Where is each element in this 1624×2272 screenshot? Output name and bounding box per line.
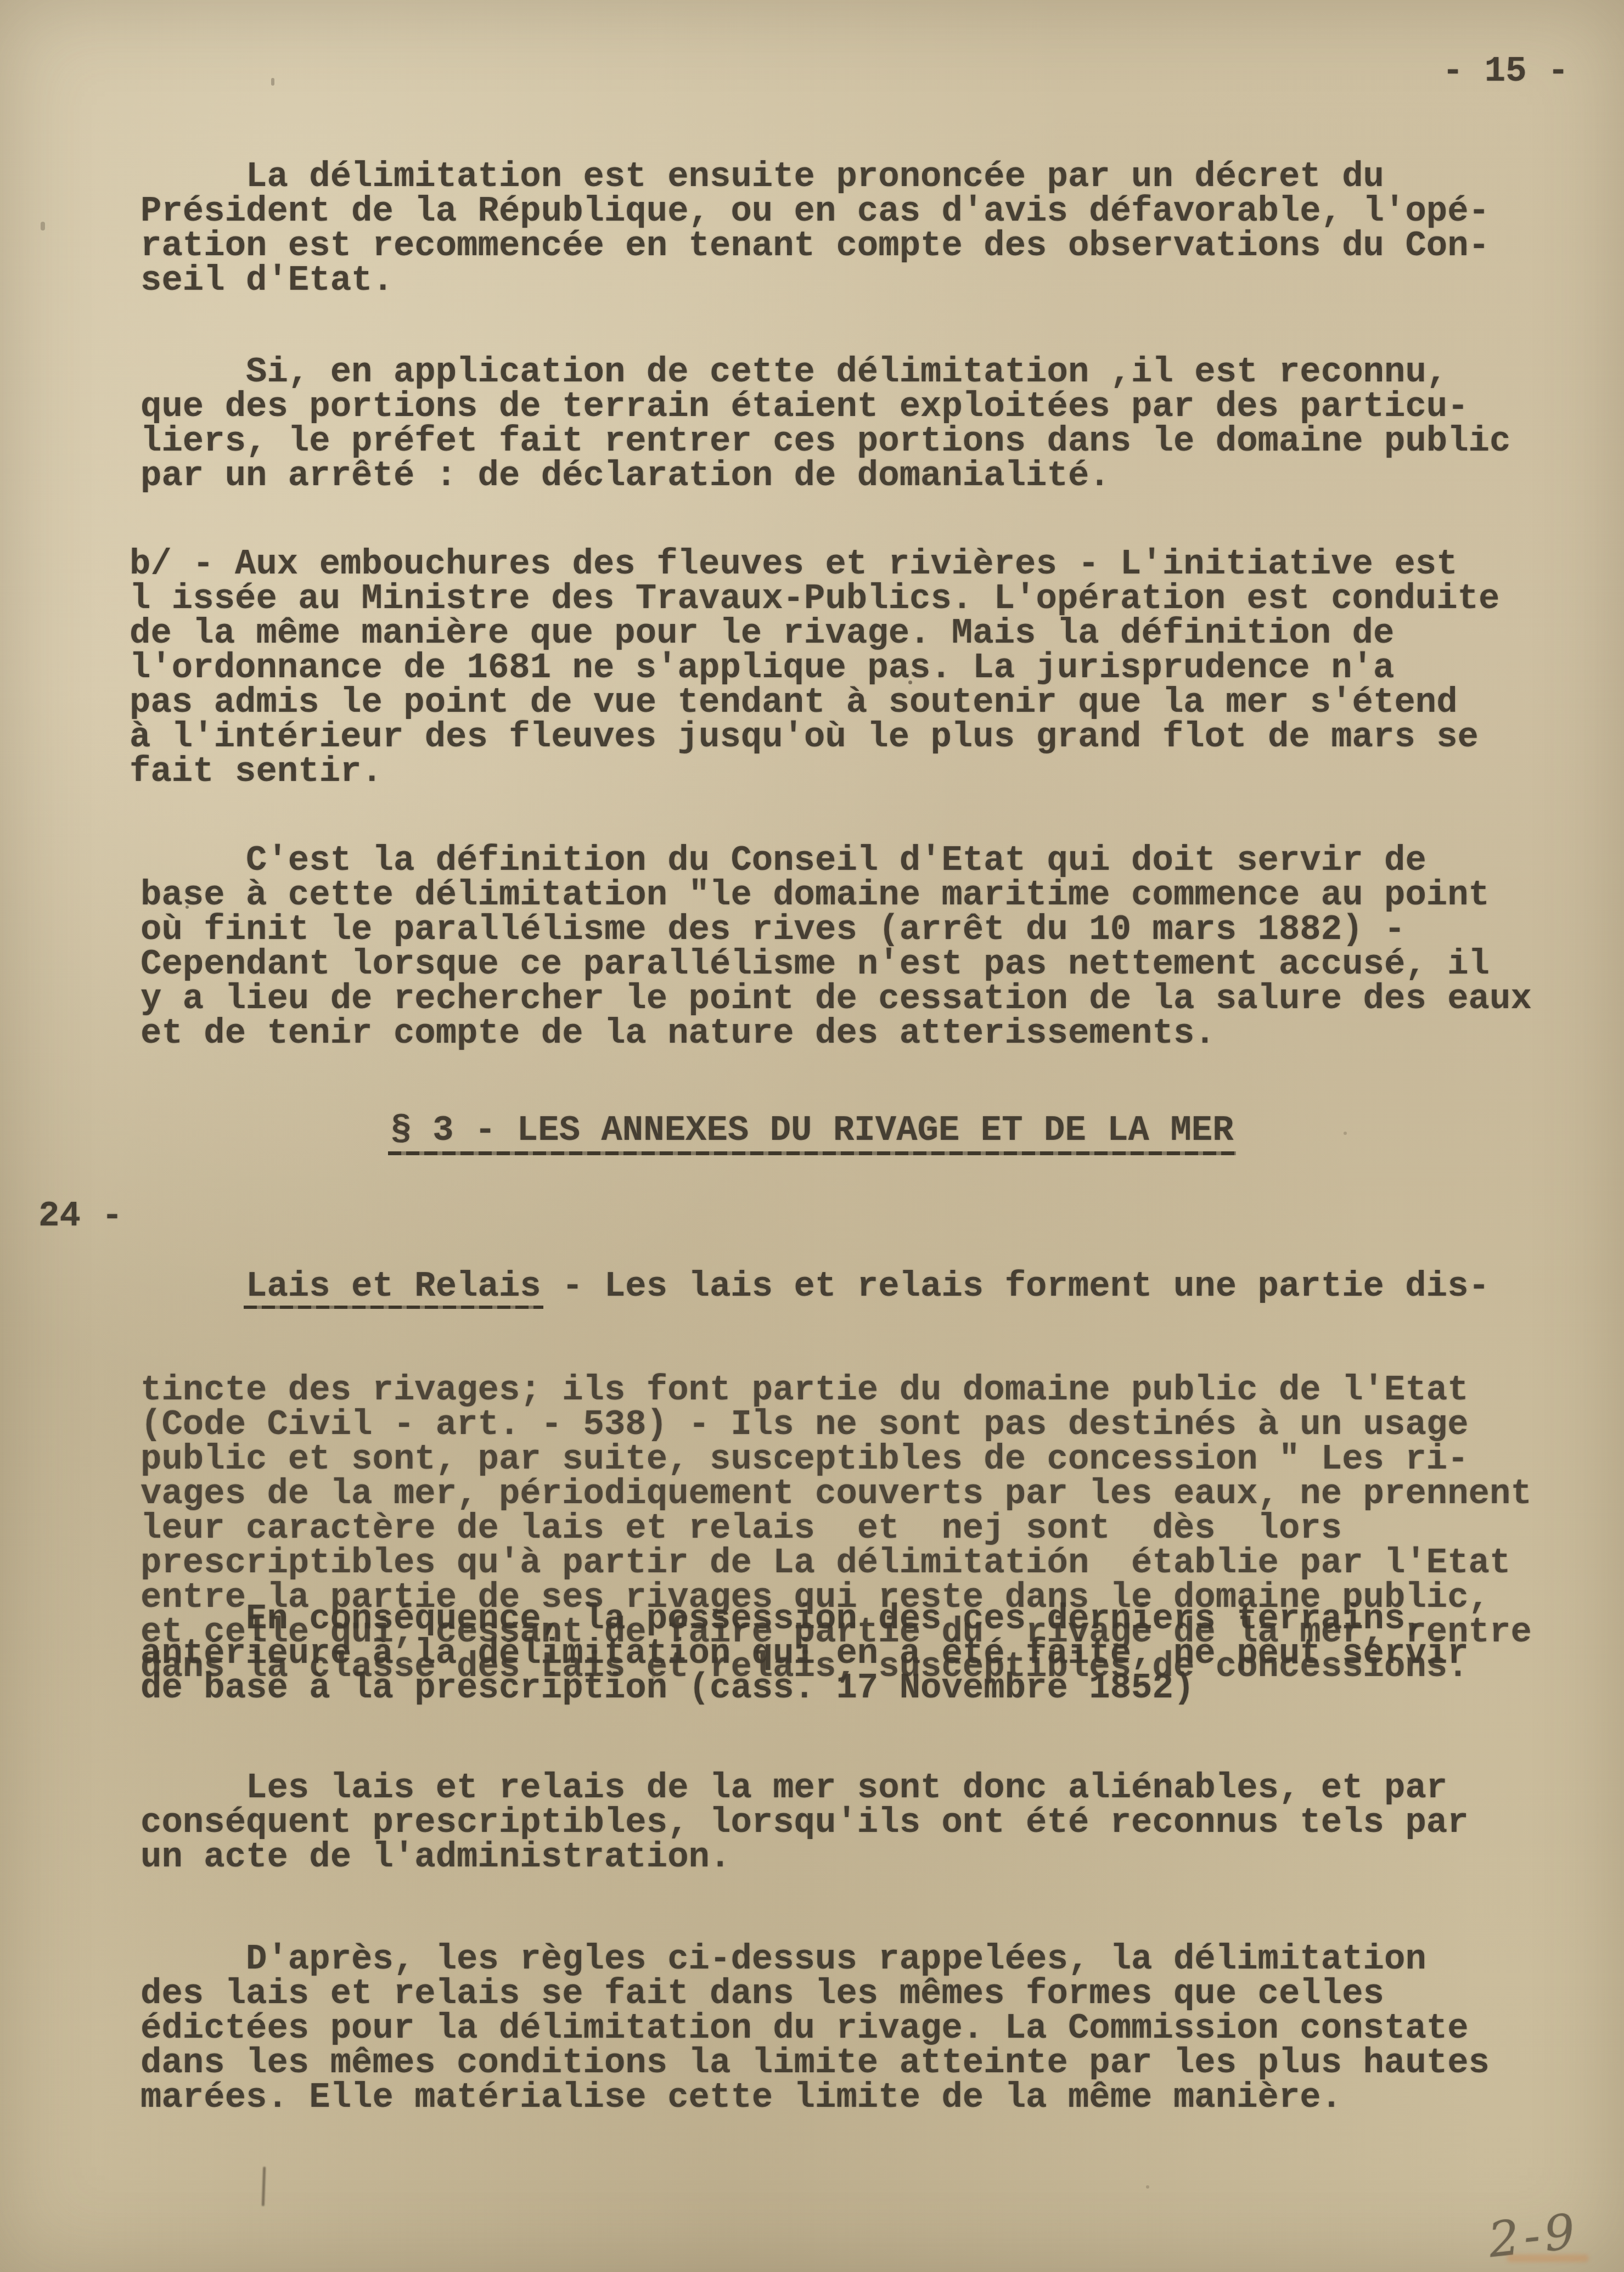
paper-speck bbox=[271, 78, 274, 86]
paragraph-b-embouchures: b/ - Aux embouchures des fleuves et rivi… bbox=[130, 548, 1499, 790]
paper-speck bbox=[908, 681, 912, 684]
paragraph-definition-conseil-etat: C'est la définition du Conseil d'Etat qu… bbox=[141, 844, 1532, 1051]
section-heading: § 3 - LES ANNEXES DU RIVAGE ET DE LA MER bbox=[390, 1114, 1233, 1149]
paragraph-application-delimitation: Si, en application de cette délimitation… bbox=[141, 356, 1510, 494]
lais-et-relais-underlined: Lais et Relais bbox=[246, 1270, 541, 1304]
margin-item-number: 24 - bbox=[38, 1200, 123, 1234]
paragraph-alienables: Les lais et relais de la mer sont donc a… bbox=[141, 1772, 1469, 1875]
paper-speck bbox=[41, 222, 45, 230]
section-heading-wrap: § 3 - LES ANNEXES DU RIVAGE ET DE LA MER bbox=[0, 1114, 1624, 1149]
paper-speck bbox=[1344, 1132, 1347, 1135]
lais-first-line-rest: - Les lais et relais forment une partie … bbox=[541, 1267, 1490, 1307]
paper-speck bbox=[1146, 2185, 1149, 2189]
paragraph-regles-ci-dessus: D'après, les règles ci-dessus rappelées,… bbox=[141, 1943, 1490, 2116]
lais-first-line: Lais et Relais - Les lais et relais form… bbox=[141, 1270, 1532, 1304]
paragraph-en-consequence: En conséquence, la possession des ces de… bbox=[141, 1602, 1469, 1706]
page-number: - 15 - bbox=[1442, 55, 1569, 89]
paper-speck bbox=[652, 1675, 655, 1678]
paragraph-decret-president: La délimitation est ensuite prononcée pa… bbox=[141, 160, 1490, 299]
ink-smudge bbox=[1507, 2254, 1589, 2262]
paper-speck bbox=[186, 906, 189, 909]
